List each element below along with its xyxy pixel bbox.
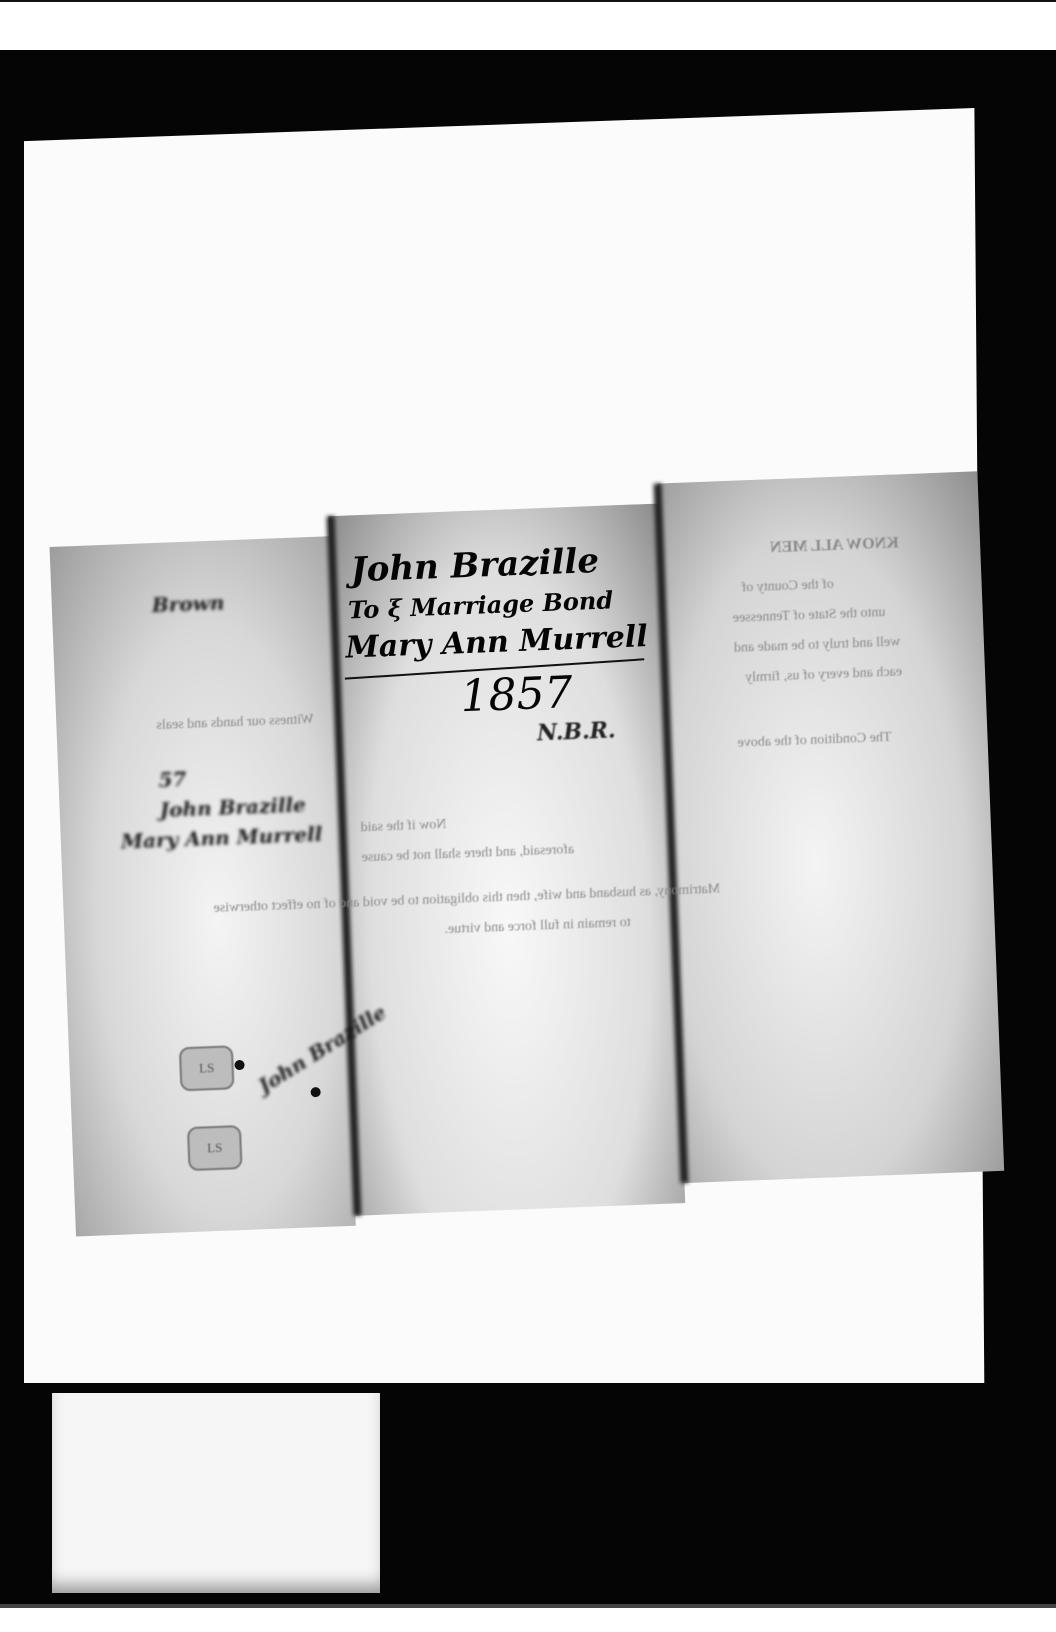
wax-seal: LS <box>187 1125 243 1171</box>
lower-paper-slip <box>52 1393 380 1593</box>
scan-top-border <box>0 0 1056 2</box>
left-handwriting: Brown <box>151 590 224 617</box>
film-dark-region <box>380 1385 1036 1600</box>
scan-bottom-border <box>0 1604 1056 1608</box>
docket-year: 1857 <box>460 667 574 722</box>
docket-note: N.B.R. <box>537 717 617 746</box>
wax-seal: LS <box>179 1045 235 1091</box>
bleed-through-line: Now if the said <box>360 817 446 836</box>
left-handwriting: 57 <box>158 767 187 792</box>
marriage-bond-docket: John Brazille To ξ Marriage Bond Mary An… <box>48 471 1005 1239</box>
